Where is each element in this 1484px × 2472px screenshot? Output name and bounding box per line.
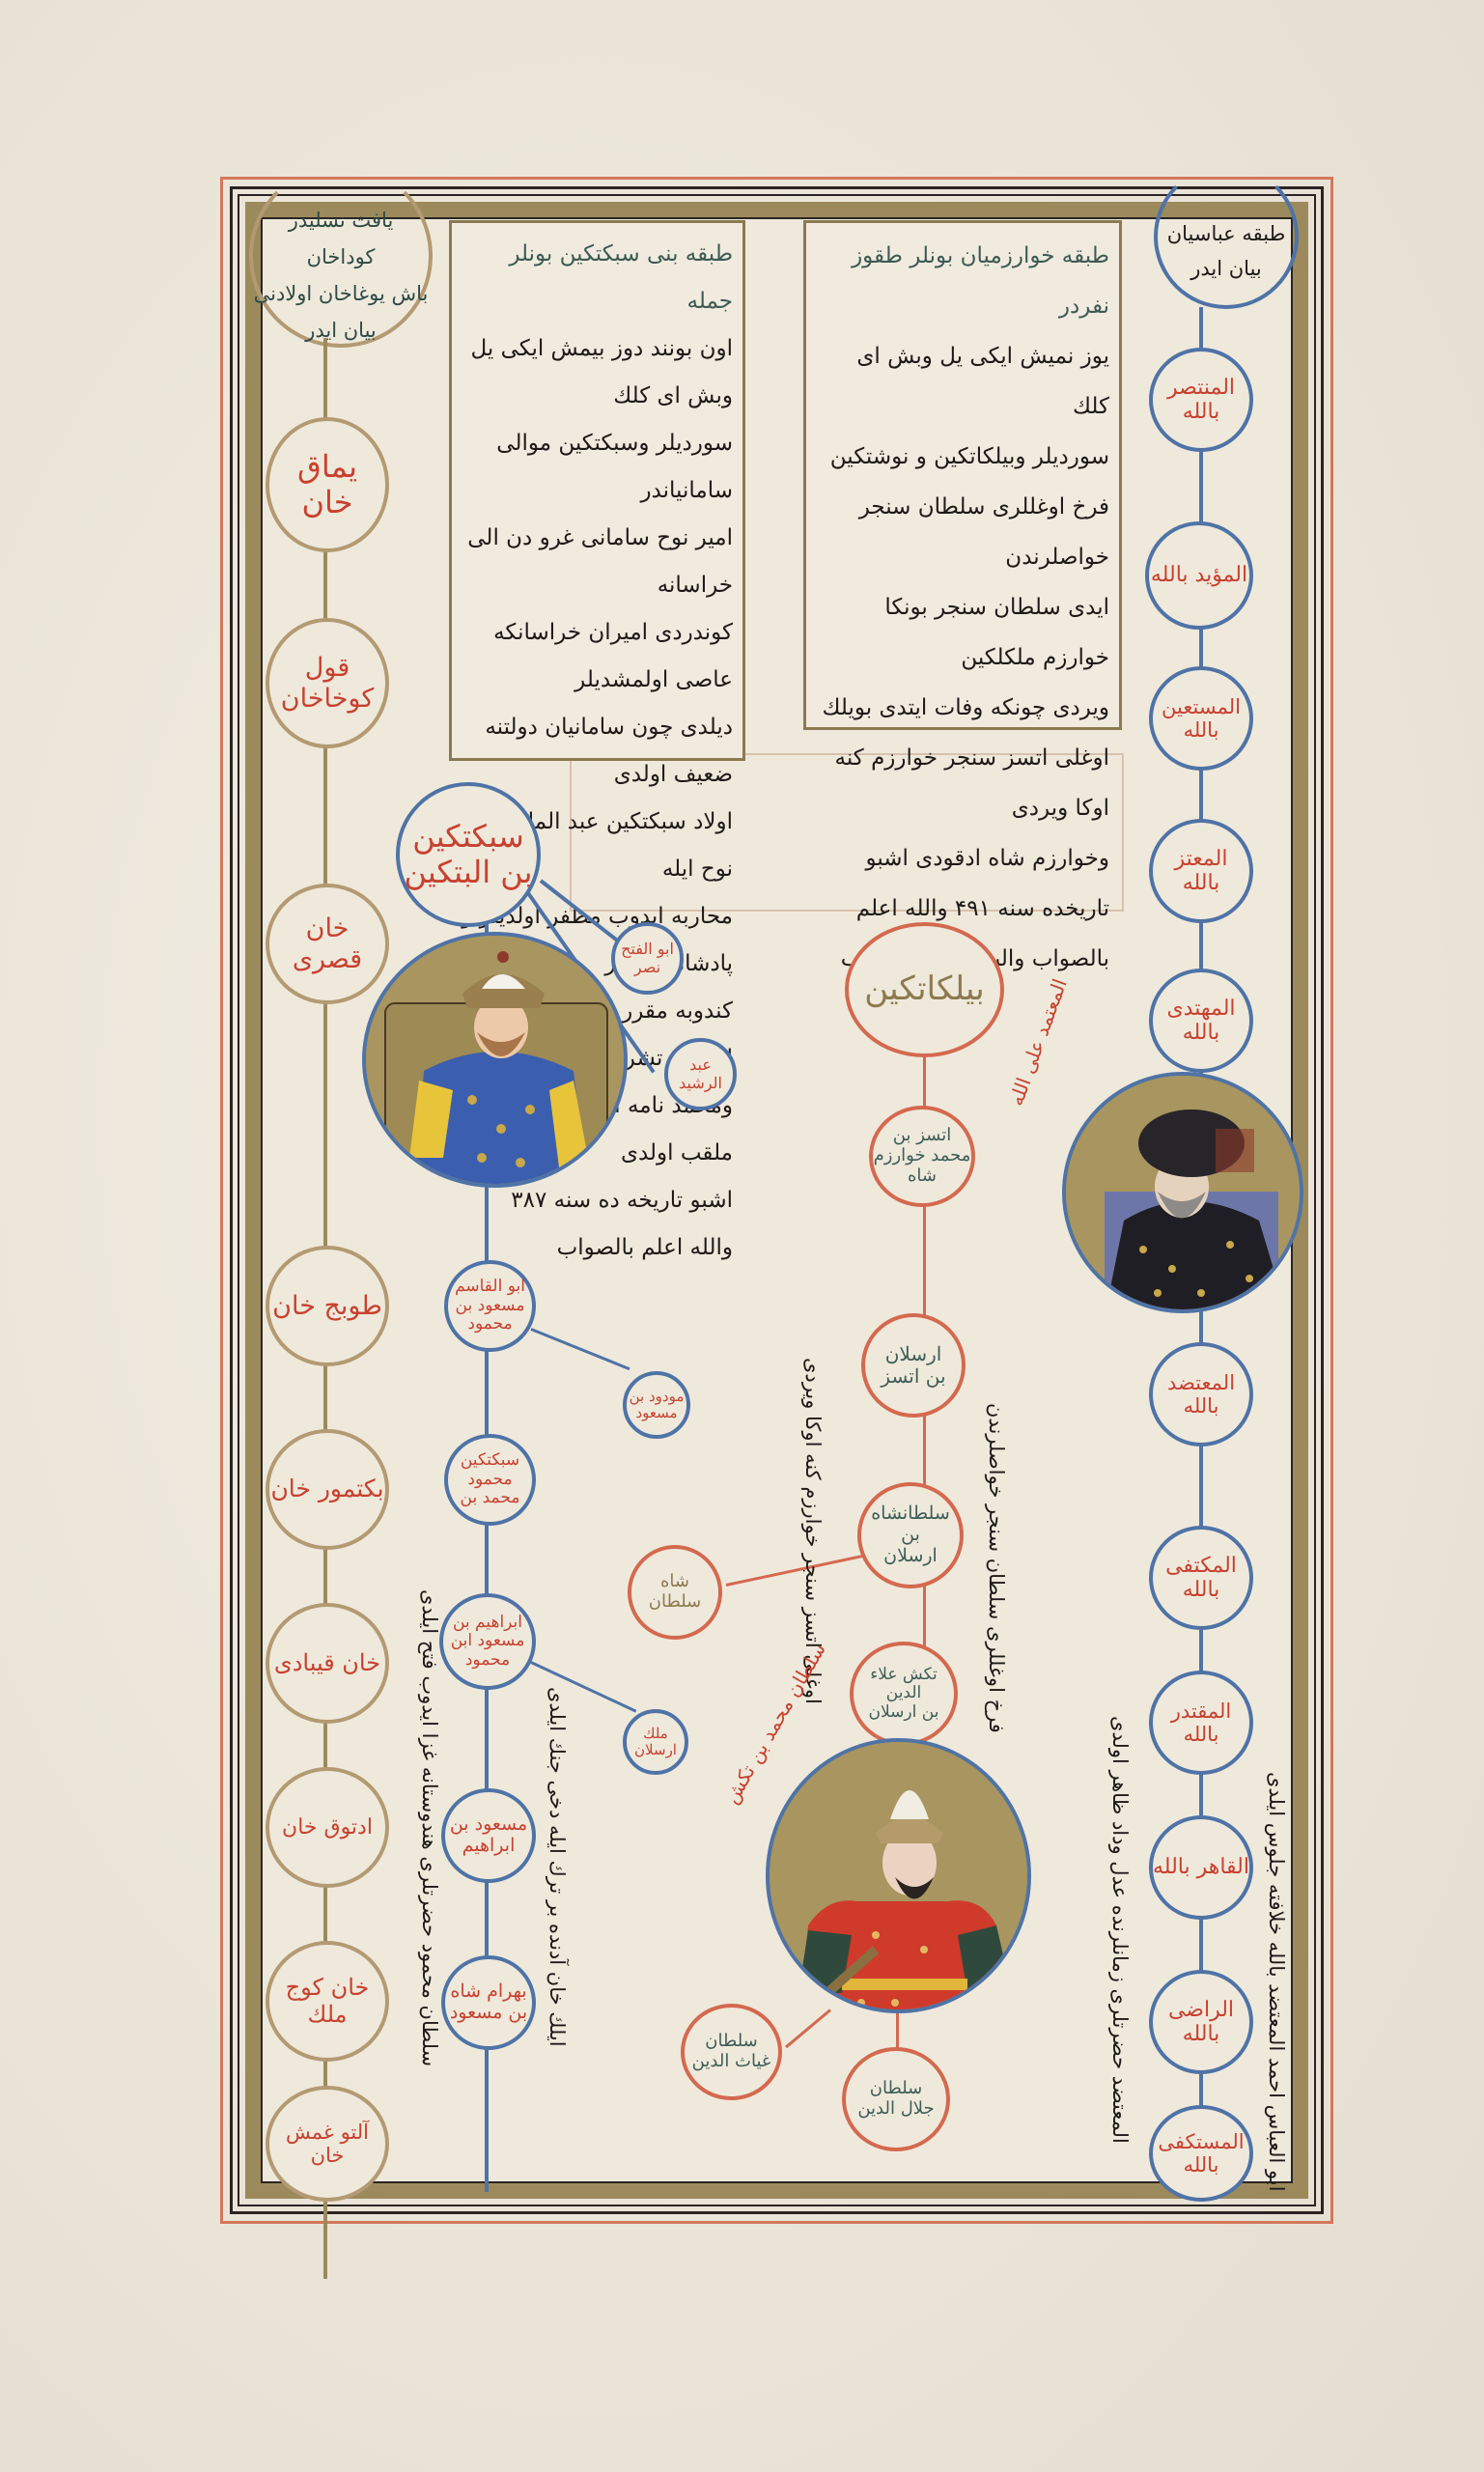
- text-line: فرخ اوغللری سلطان سنجر خواصلرندن: [816, 482, 1109, 582]
- text-line: ویردی چونکه وفات ایتدی بویلك: [816, 683, 1109, 733]
- medallion-il-arslan: ارسلانبن اتسز: [861, 1313, 966, 1418]
- medallion-tekish: تکش علاء الدینبن ارسلان: [850, 1642, 958, 1746]
- medallion-yamak-khan: یماق خان: [266, 417, 389, 552]
- medallion-shah-sultan: شاهسلطان: [628, 1545, 722, 1640]
- medallion-mutadid: المعتضد بالله: [1149, 1342, 1253, 1447]
- text-line: دیلدی چون سامانیان دولتنه ضعیف اولدی: [462, 704, 733, 799]
- margin-note-far-right: ابو العباس احمد المعتضد بالله خلافته جلو…: [1260, 1323, 1293, 2192]
- medallion-muayyad: المؤید بالله: [1145, 521, 1253, 630]
- medallion-mustain: المستعین بالله: [1149, 666, 1253, 771]
- khwarazmian-note-2: اوغلی اتسز سنجر خوارزم کنه اوکا ویردی: [797, 1086, 829, 1704]
- medallion-masud-iii: مسعود بنابراهیم: [441, 1788, 536, 1883]
- right-header-circle: طبقه عباسیان بیان ایدر: [1154, 164, 1299, 309]
- medallion-altugmis-khan: آلتو غمش خان: [266, 2086, 389, 2202]
- medallion-adtuk-khan: ادتوق خان: [266, 1767, 389, 1888]
- text-line: سوردیلر وبیلکاتکین و نوشتکین: [816, 432, 1109, 482]
- text-line: اون بونند دوز بیمش ایکی یل وبش ای کلك: [462, 325, 733, 420]
- portrait-muhammad-tekish: [766, 1738, 1031, 2013]
- header-line: بیان ایدر: [1167, 251, 1286, 286]
- medallion-bektemur-khan: بکتمور خان: [266, 1429, 389, 1550]
- medallion-nasr: ابو الفتح نصر: [611, 922, 684, 995]
- medallion-muhtadi: المهتدی بالله: [1149, 969, 1253, 1073]
- text-line: سوردیلر وسبکتکین موالی سامانیاندر: [462, 420, 733, 515]
- portrait-sebuktekin: [362, 932, 628, 1188]
- medallion-bahram-shah: بهرام شاهبن مسعود: [441, 1955, 536, 2050]
- medallion-kuc-melik-khan: خان کوج ملك: [266, 1941, 389, 2062]
- medallion-muqtadir: المقتدر بالله: [1149, 1671, 1253, 1775]
- portrait-abbasid-caliph: [1062, 1072, 1303, 1313]
- medallion-ibrahim: ابراهیم بنمسعود ابنمحمود: [439, 1593, 536, 1690]
- medallion-kul-kuha-khan: قول کوخاخان: [266, 618, 389, 748]
- text-block-heading: طبقه خوارزمیان بونلر طقوز نفردر: [816, 231, 1109, 331]
- medallion-mustakfi: المستکفی بالله: [1149, 2105, 1253, 2202]
- medallion-muktafi: المکتفی بالله: [1149, 1526, 1253, 1630]
- header-line: بیان ایدر: [253, 312, 429, 349]
- medallion-kaybadi-khan: خان قیبادی: [266, 1603, 389, 1724]
- text-line: وخوارزم شاه ادقودی اشبو: [816, 833, 1109, 884]
- medallion-radi: الراضی بالله: [1149, 1970, 1253, 2074]
- medallion-bilgetekin: بیلکاتکین: [845, 922, 1004, 1057]
- header-line: باش یوغاخان اولادنی: [253, 275, 429, 312]
- text-line: اشبو تاریخه ده سنه ۳۸۷ والله اعلم بالصوا…: [462, 1177, 733, 1272]
- text-line: کوندردی امیران خراسانکه عاصی اولمشدیلر: [462, 609, 733, 704]
- medallion-sultan-shah: سلطانشاه بنارسلان: [857, 1482, 964, 1588]
- medallion-sebuktekin: سبکتکینبن البتکین: [396, 782, 541, 927]
- medallion-muntasir: المنتصر بالله: [1149, 348, 1253, 452]
- medallion-ghiyath-al-din: سلطانغیاث الدین: [681, 2004, 782, 2100]
- medallion-masud-i: ابو القاسممسعود بنمحمود: [444, 1260, 536, 1352]
- medallion-atsiz: اتسز بنمحمد خوارزمشاه: [869, 1106, 975, 1207]
- text-line: تاریخده سنه ۴۹۱ والله اعلم: [816, 884, 1109, 934]
- medallion-malik-arslan: ملكارسلان: [623, 1709, 688, 1775]
- header-line: طبقه عباسیان: [1167, 216, 1286, 251]
- medallion-mahmud: سبکتکینمحمودمحمد بن: [444, 1434, 536, 1526]
- header-line: یافث نسلیدر کوداخان: [253, 202, 429, 275]
- text-line: یوز نمیش ایکی یل وبش ای کلك: [816, 331, 1109, 432]
- margin-note-right: المعتضد حضرتلری زمانلرنده عدل وداد ظاهر …: [1104, 1313, 1136, 2144]
- text-line: امیر نوح سامانی غرو دن الی خراسانه: [462, 515, 733, 609]
- sultan-portrait-icon: [366, 936, 628, 1188]
- text-block-heading: طبقه بنی سبکتکین بونلر جمله: [462, 231, 733, 325]
- medallion-tubac-khan: طوبج خان: [266, 1246, 389, 1366]
- manuscript-page: یافث نسلیدر کوداخان باش یوغاخان اولادنی …: [0, 0, 1484, 2472]
- text-block-khwarazmians: طبقه خوارزمیان بونلر طقوز نفردر یوز نمیش…: [803, 220, 1122, 730]
- text-line: اوغلی اتسز سنجر خوارزم کنه اوکا ویردی: [816, 733, 1109, 833]
- branch-line-jalal: [896, 2013, 899, 2052]
- medallion-jalal-al-din: سلطانجلال الدین: [842, 2047, 950, 2151]
- khwarazmshah-portrait-icon: [770, 1742, 1031, 2013]
- left-header-circle: یافث نسلیدر کوداخان باش یوغاخان اولادنی …: [249, 164, 433, 348]
- ghaznavid-note-right: ایلك خان آدنده بر ترك ایله دخی جنك ایلدی: [541, 1226, 574, 2047]
- medallion-kasri-khan: خان قصری: [266, 884, 389, 1004]
- medallion-abdulrashid: عبد الرشید: [664, 1038, 737, 1110]
- text-block-ghaznavids: طبقه بنی سبکتکین بونلر جمله اون بونند دو…: [449, 220, 745, 761]
- medallion-qahir: القاهر بالله: [1149, 1815, 1253, 1920]
- caliph-portrait-icon: [1066, 1076, 1303, 1313]
- khwarazmian-note-1: فرخ اوغللری سلطان سنجر خواصلرندن: [980, 1057, 1013, 1733]
- medallion-mawdud: مودود بنمسعود: [623, 1371, 690, 1439]
- medallion-mutazz: المعتز بالله: [1149, 819, 1253, 923]
- text-line: ایدی سلطان سنجر بونکا خوارزم ملکلکین: [816, 582, 1109, 683]
